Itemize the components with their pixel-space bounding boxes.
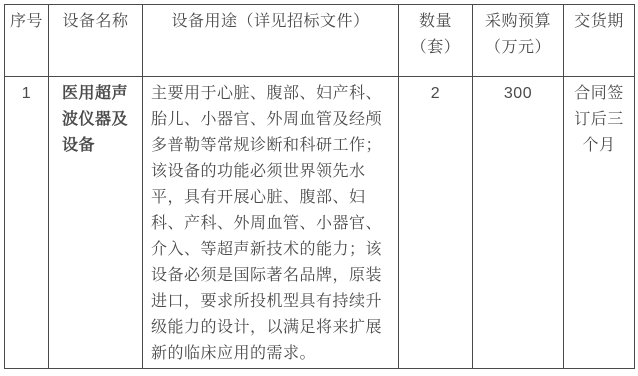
header-cell-serial-number: 序号 (5, 5, 49, 77)
cell-equipment-purpose: 主要用于心脏、腹部、妇产科、 胎儿、小器官、外周血管及经颅 多普勒等常规诊断和科… (143, 77, 399, 369)
cell-budget: 300 (473, 77, 564, 369)
cell-equipment-name: 医用超声 波仪器及 设备 (49, 77, 143, 369)
header-cell-equipment-purpose: 设备用途（详见招标文件） (143, 5, 399, 77)
header-cell-budget: 采购预算 （万元） (473, 5, 564, 77)
cell-quantity: 2 (399, 77, 473, 369)
cell-delivery-period: 合同签 订后三 个月 (564, 77, 635, 369)
table-row: 1 医用超声 波仪器及 设备 主要用于心脏、腹部、妇产科、 胎儿、小器官、外周血… (5, 77, 635, 369)
header-cell-delivery-period: 交货期 (564, 5, 635, 77)
header-cell-equipment-name: 设备名称 (49, 5, 143, 77)
table-header-row: 序号 设备名称 设备用途（详见招标文件） 数量 （套） 采购预算 （万元） 交货… (5, 5, 635, 77)
procurement-equipment-table: 序号 设备名称 设备用途（详见招标文件） 数量 （套） 采购预算 （万元） 交货… (4, 4, 635, 369)
header-cell-quantity: 数量 （套） (399, 5, 473, 77)
cell-serial-number: 1 (5, 77, 49, 369)
